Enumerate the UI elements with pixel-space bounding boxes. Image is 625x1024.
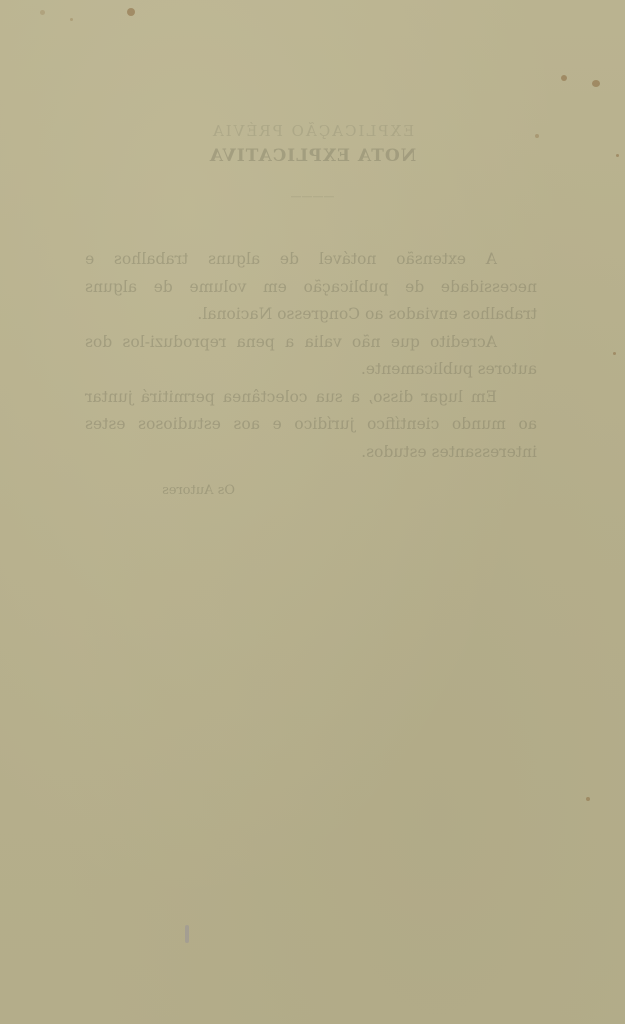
bleed-through-text: EXPLICAÇÃO PRÉVIA NOTA EXPLICATIVA ———— … [0,0,625,1024]
paragraph: Em lugar disso, a sua colectânea permiti… [85,384,537,467]
foxing-spot [185,925,189,943]
foxing-spot [70,18,73,21]
paper-page: EXPLICAÇÃO PRÉVIA NOTA EXPLICATIVA ———— … [0,0,625,1024]
foxing-spot [561,75,567,81]
foxing-spot [592,80,600,87]
foxing-spot [127,8,135,16]
foxing-spot [613,352,616,355]
foxing-spot [586,797,590,801]
title-rule: ———— [0,190,625,203]
foxing-spot [535,134,539,138]
foxing-spot [616,154,619,157]
paragraph: A extensão notável de alguns trabalhos e… [85,246,537,329]
heading-above: EXPLICAÇÃO PRÉVIA [0,122,625,140]
foxing-spot [40,10,45,15]
body-text: A extensão notável de alguns trabalhos e… [85,246,537,466]
page-title: NOTA EXPLICATIVA [0,146,625,166]
paragraph: Acredito que não valia a pena reproduzi-… [85,329,537,384]
signature: Os Autores [162,483,235,498]
